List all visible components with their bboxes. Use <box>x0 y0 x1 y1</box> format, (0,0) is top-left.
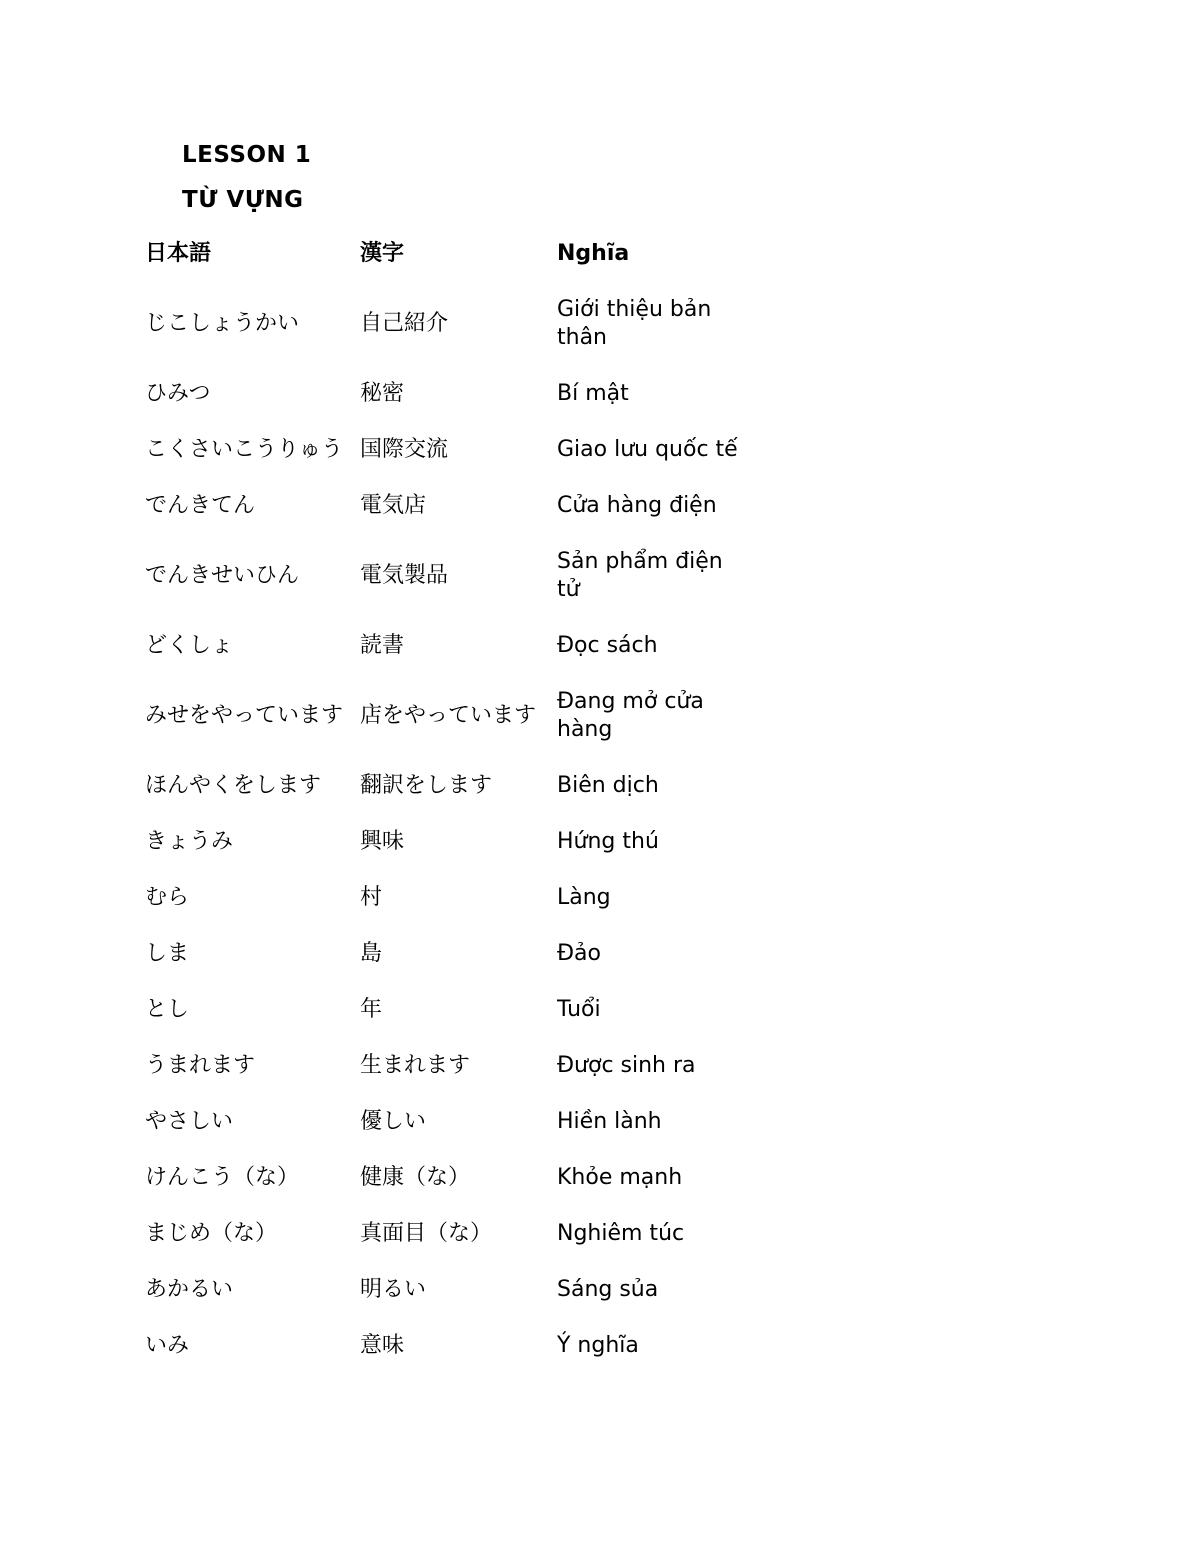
meaning-cell: Đọc sách <box>557 618 769 674</box>
japanese-reading-cell: やさしい <box>145 1094 360 1150</box>
meaning-cell: Giao lưu quốc tế <box>557 422 769 478</box>
kanji-cell: 優しい <box>360 1094 557 1150</box>
kanji-cell: 島 <box>360 926 557 982</box>
japanese-reading-cell: みせをやっています <box>145 674 360 758</box>
kanji-cell: 村 <box>360 870 557 926</box>
meaning-cell: Được sinh ra <box>557 1038 769 1094</box>
kanji-cell: 国際交流 <box>360 422 557 478</box>
vocabulary-section-title: TỪ VỰNG <box>182 186 1200 214</box>
vocab-row: まじめ（な） 真面目（な） Nghiêm túc <box>145 1206 769 1262</box>
vocab-table-header-row: 日本語 漢字 Nghĩa <box>145 226 769 282</box>
document-page: LESSON 1 TỪ VỰNG 日本語 漢字 Nghĩa じこしょうかい 自己… <box>0 0 1200 1553</box>
kanji-cell: 興味 <box>360 814 557 870</box>
vocab-table: 日本語 漢字 Nghĩa じこしょうかい 自己紹介 Giới thiệu bản… <box>145 226 769 1374</box>
vocab-row: やさしい 優しい Hiền lành <box>145 1094 769 1150</box>
vocab-row: とし 年 Tuổi <box>145 982 769 1038</box>
kanji-cell: 秘密 <box>360 366 557 422</box>
vocab-row: こくさいこうりゅう 国際交流 Giao lưu quốc tế <box>145 422 769 478</box>
japanese-reading-cell: でんきせいひん <box>145 534 360 618</box>
kanji-cell: 翻訳をします <box>360 758 557 814</box>
japanese-reading-cell: でんきてん <box>145 478 360 534</box>
vocab-row: みせをやっています 店をやっています Đang mở cửa hàng <box>145 674 769 758</box>
meaning-cell: Đảo <box>557 926 769 982</box>
header-meaning: Nghĩa <box>557 226 769 282</box>
kanji-cell: 自己紹介 <box>360 282 557 366</box>
kanji-cell: 生まれます <box>360 1038 557 1094</box>
vocab-row: しま 島 Đảo <box>145 926 769 982</box>
meaning-cell: Tuổi <box>557 982 769 1038</box>
japanese-reading-cell: こくさいこうりゅう <box>145 422 360 478</box>
meaning-cell: Đang mở cửa hàng <box>557 674 769 758</box>
vocab-table-body: じこしょうかい 自己紹介 Giới thiệu bản thân ひみつ 秘密 … <box>145 282 769 1374</box>
header-kanji: 漢字 <box>360 226 557 282</box>
kanji-cell: 読書 <box>360 618 557 674</box>
kanji-cell: 電気製品 <box>360 534 557 618</box>
japanese-reading-cell: どくしょ <box>145 618 360 674</box>
meaning-cell: Sản phẩm điện tử <box>557 534 769 618</box>
kanji-cell: 健康（な） <box>360 1150 557 1206</box>
vocab-row: きょうみ 興味 Hứng thú <box>145 814 769 870</box>
meaning-cell: Ý nghĩa <box>557 1318 769 1374</box>
lesson-title: LESSON 1 <box>182 141 1200 169</box>
japanese-reading-cell: ひみつ <box>145 366 360 422</box>
kanji-cell: 意味 <box>360 1318 557 1374</box>
vocab-row: でんきせいひん 電気製品 Sản phẩm điện tử <box>145 534 769 618</box>
vocab-row: でんきてん 電気店 Cửa hàng điện <box>145 478 769 534</box>
meaning-cell: Bí mật <box>557 366 769 422</box>
meaning-cell: Làng <box>557 870 769 926</box>
japanese-reading-cell: むら <box>145 870 360 926</box>
meaning-cell: Biên dịch <box>557 758 769 814</box>
vocab-row: いみ 意味 Ý nghĩa <box>145 1318 769 1374</box>
kanji-cell: 明るい <box>360 1262 557 1318</box>
vocab-row: どくしょ 読書 Đọc sách <box>145 618 769 674</box>
vocab-row: じこしょうかい 自己紹介 Giới thiệu bản thân <box>145 282 769 366</box>
vocab-row: ひみつ 秘密 Bí mật <box>145 366 769 422</box>
vocab-row: ほんやくをします 翻訳をします Biên dịch <box>145 758 769 814</box>
japanese-reading-cell: きょうみ <box>145 814 360 870</box>
japanese-reading-cell: しま <box>145 926 360 982</box>
kanji-cell: 店をやっています <box>360 674 557 758</box>
header-japanese: 日本語 <box>145 226 360 282</box>
japanese-reading-cell: じこしょうかい <box>145 282 360 366</box>
meaning-cell: Cửa hàng điện <box>557 478 769 534</box>
meaning-cell: Hiền lành <box>557 1094 769 1150</box>
vocab-row: うまれます 生まれます Được sinh ra <box>145 1038 769 1094</box>
japanese-reading-cell: とし <box>145 982 360 1038</box>
meaning-cell: Giới thiệu bản thân <box>557 282 769 366</box>
meaning-cell: Nghiêm túc <box>557 1206 769 1262</box>
japanese-reading-cell: あかるい <box>145 1262 360 1318</box>
meaning-cell: Sáng sủa <box>557 1262 769 1318</box>
japanese-reading-cell: うまれます <box>145 1038 360 1094</box>
japanese-reading-cell: けんこう（な） <box>145 1150 360 1206</box>
vocab-row: けんこう（な） 健康（な） Khỏe mạnh <box>145 1150 769 1206</box>
meaning-cell: Khỏe mạnh <box>557 1150 769 1206</box>
kanji-cell: 電気店 <box>360 478 557 534</box>
japanese-reading-cell: いみ <box>145 1318 360 1374</box>
kanji-cell: 真面目（な） <box>360 1206 557 1262</box>
meaning-cell: Hứng thú <box>557 814 769 870</box>
vocab-row: むら 村 Làng <box>145 870 769 926</box>
japanese-reading-cell: まじめ（な） <box>145 1206 360 1262</box>
japanese-reading-cell: ほんやくをします <box>145 758 360 814</box>
kanji-cell: 年 <box>360 982 557 1038</box>
vocab-row: あかるい 明るい Sáng sủa <box>145 1262 769 1318</box>
